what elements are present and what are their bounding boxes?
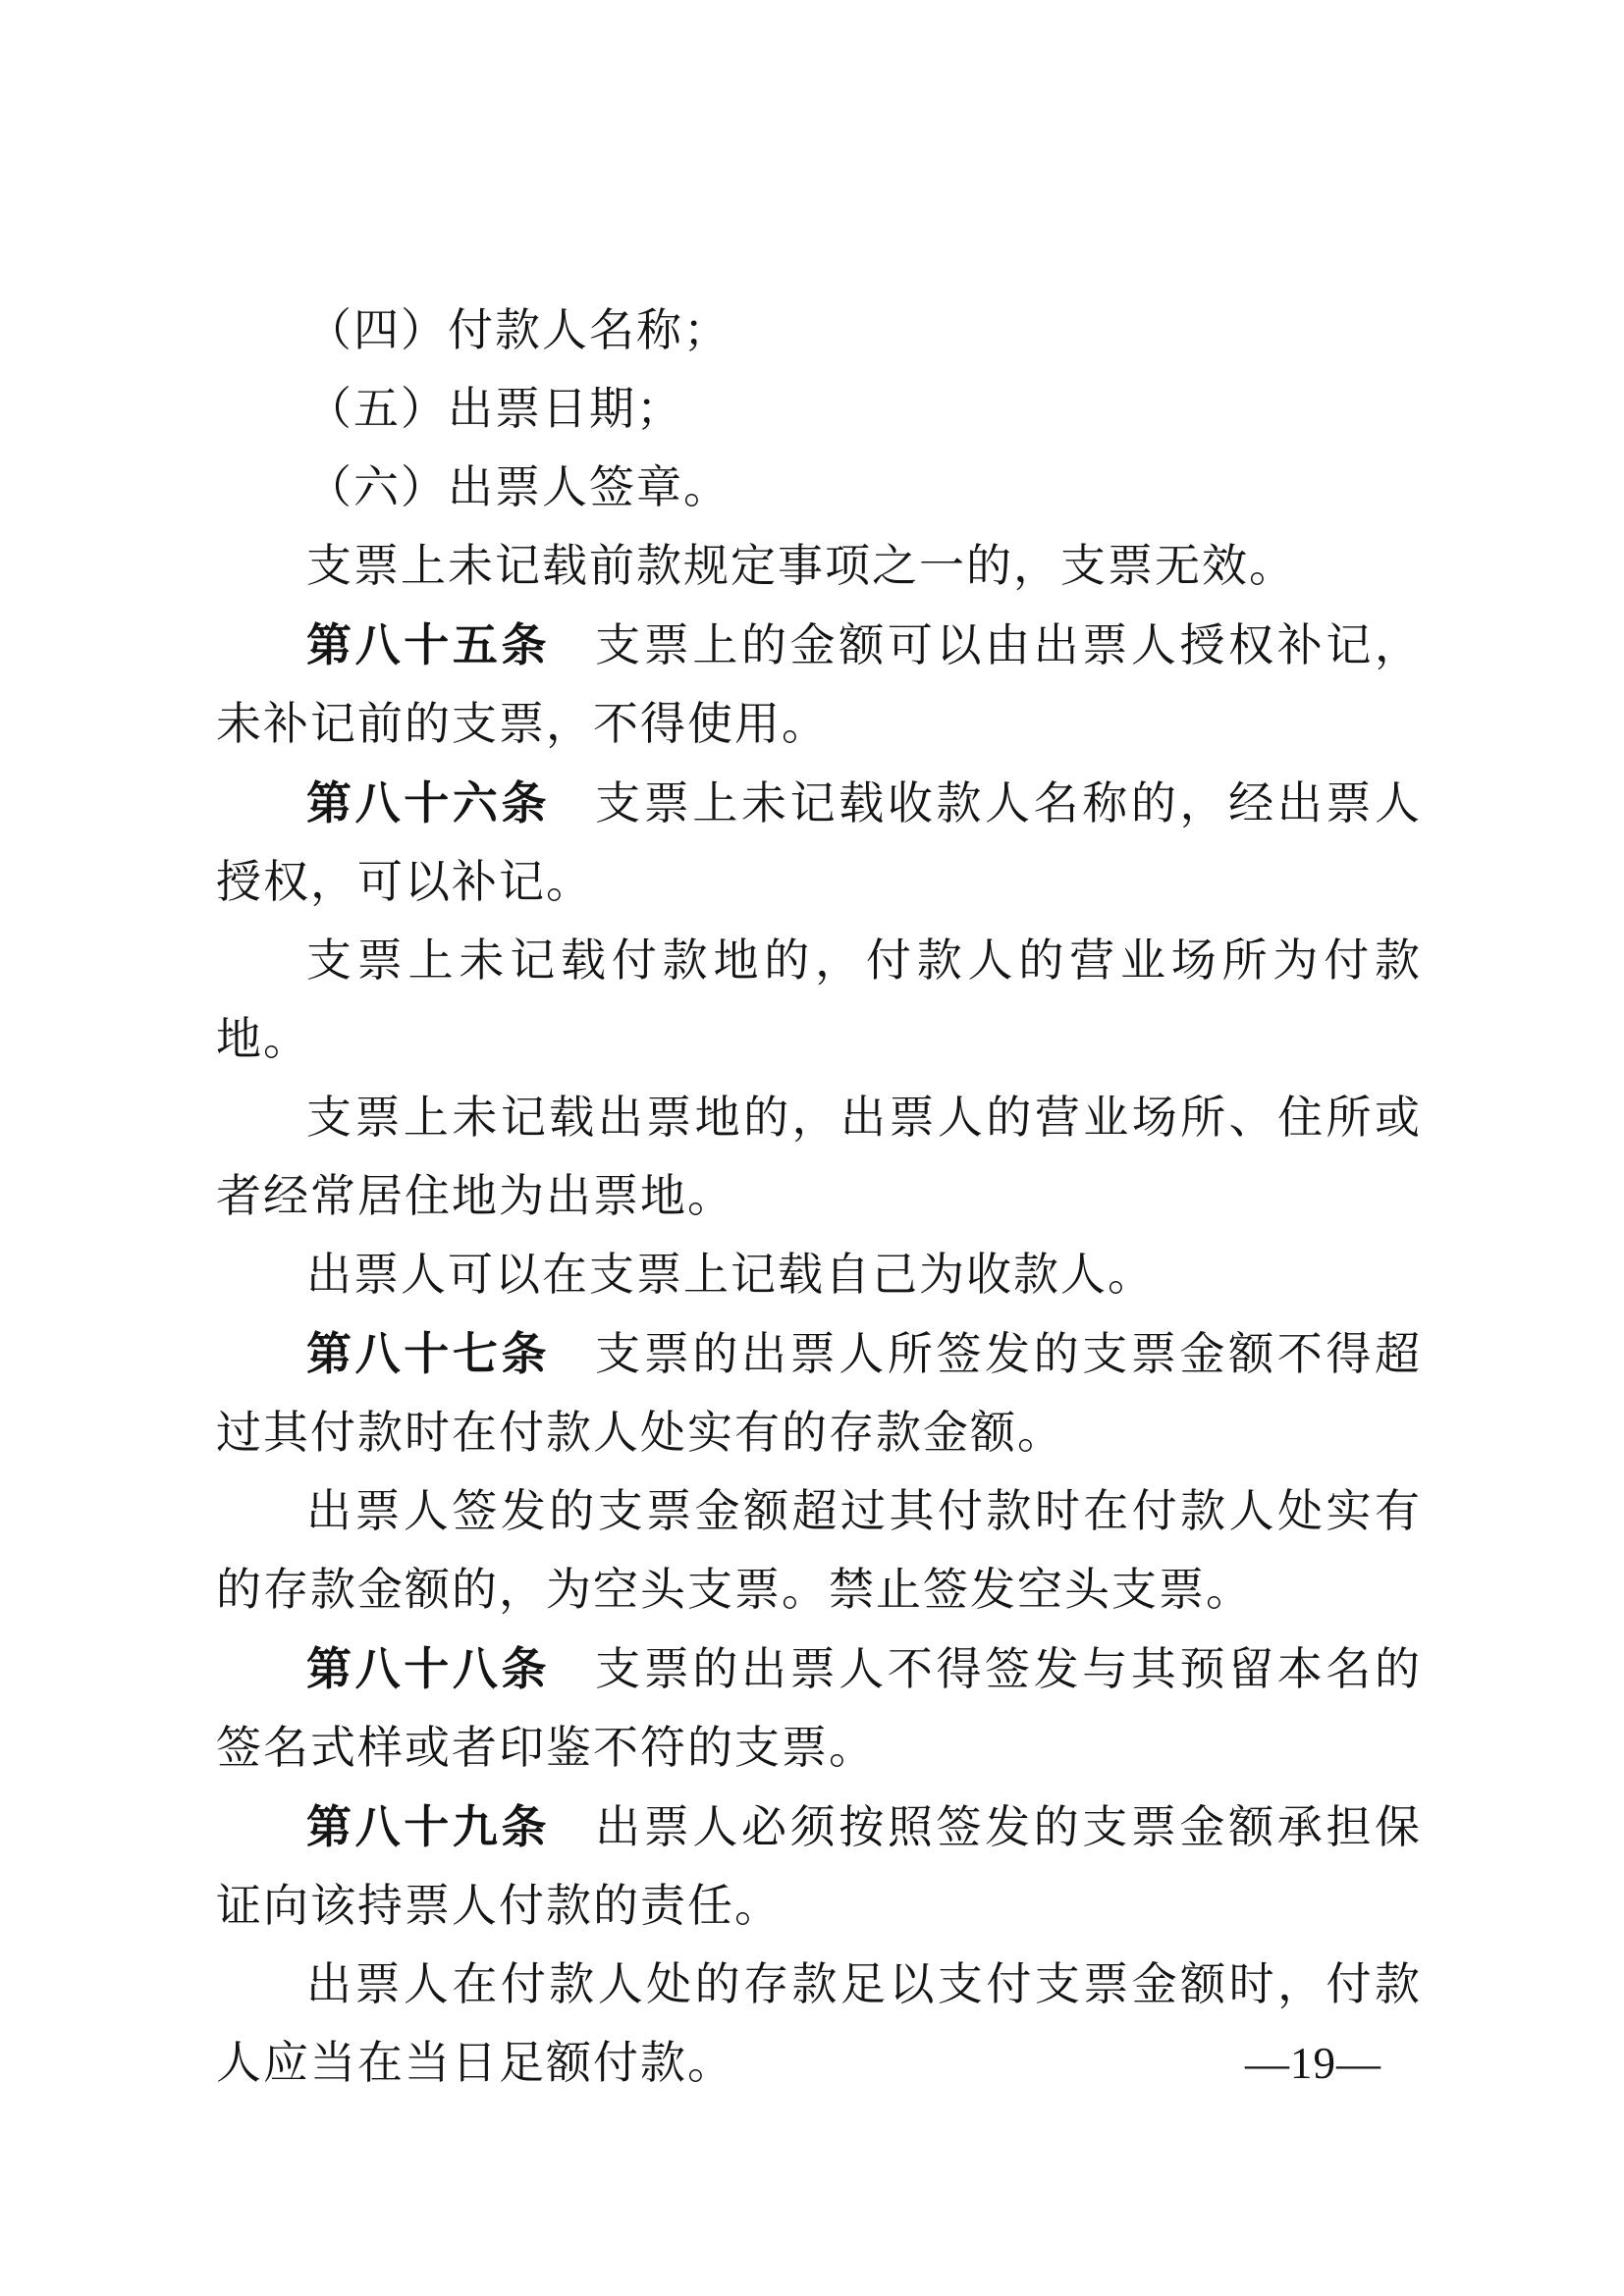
paragraph-text: 支票上未记载前款规定事项之一的，支票无效。 [306,541,1296,591]
paragraph: 出票人在付款人处的存款足以支付支票金额时，付款人应当在当日足额付款。 [216,1946,1422,2103]
paragraph: 支票上未记载出票地的，出票人的营业场所、住所或者经常居住地为出票地。 [216,1079,1422,1236]
paragraph: 出票人可以在支票上记载自己为收款人。 [216,1236,1422,1314]
document-body: （四）付款人名称； （五）出票日期； （六）出票人签章。 支票上未记载前款规定事… [216,292,1422,2103]
paragraph: 支票上未记载前款规定事项之一的，支票无效。 [216,527,1422,606]
article-89-paragraph: 第八十九条出票人必须按照签发的支票金额承担保证向该持票人付款的责任。 [216,1788,1422,1946]
paragraph: 出票人签发的支票金额超过其付款时在付款人处实有的存款金额的，为空头支票。禁止签发… [216,1472,1422,1629]
paragraph-text: 支票上未记载出票地的，出票人的营业场所、住所或者经常居住地为出票地。 [216,1093,1422,1221]
article-number: 第八十五条 [306,619,550,670]
paragraph-text: （六）出票人签章。 [306,462,731,512]
paragraph-text: 出票人在付款人处的存款足以支付支票金额时，付款人应当在当日足额付款。 [216,1959,1422,2088]
article-88-paragraph: 第八十八条支票的出票人不得签发与其预留本名的签名式样或者印鉴不符的支票。 [216,1629,1422,1788]
page-number: —19— [1245,2039,1381,2088]
document-page: （四）付款人名称； （五）出票日期； （六）出票人签章。 支票上未记载前款规定事… [0,0,1624,2296]
article-number: 第八十七条 [306,1328,550,1379]
paragraph-text: 出票人签发的支票金额超过其付款时在付款人处实有的存款金额的，为空头支票。禁止签发… [216,1486,1422,1615]
page-footer: —19— [1245,2034,1381,2093]
clause-item: （五）出票日期； [216,370,1422,449]
article-87-paragraph: 第八十七条支票的出票人所签发的支票金额不得超过其付款时在付款人处实有的存款金额。 [216,1314,1422,1472]
article-number: 第八十八条 [306,1643,550,1694]
paragraph-text: （四）付款人名称； [306,305,731,355]
article-86-paragraph: 第八十六条支票上未记载收款人名称的，经出票人授权，可以补记。 [216,764,1422,922]
clause-item: （六）出票人签章。 [216,449,1422,527]
paragraph-text: 出票人可以在支票上记载自己为收款人。 [306,1250,1155,1300]
paragraph-text: 支票上未记载付款地的，付款人的营业场所为付款地。 [216,935,1422,1064]
article-85-paragraph: 第八十五条支票上的金额可以由出票人授权补记，未补记前的支票，不得使用。 [216,606,1422,764]
paragraph: 支票上未记载付款地的，付款人的营业场所为付款地。 [216,922,1422,1079]
paragraph-text: （五）出票日期； [306,384,683,434]
article-number: 第八十九条 [306,1801,550,1852]
clause-item: （四）付款人名称； [216,292,1422,370]
article-number: 第八十六条 [306,777,550,828]
